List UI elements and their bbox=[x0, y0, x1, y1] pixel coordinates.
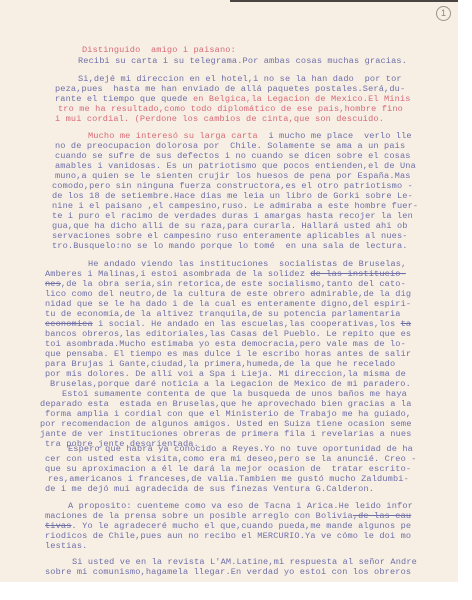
text-line: deparado esta estada en Bruselas,que he … bbox=[40, 399, 412, 409]
typed-text: no de preocupacion dolorosa por Chile. S… bbox=[55, 141, 405, 151]
typed-text: Mucho me interesó su larga carta bbox=[88, 131, 258, 141]
typed-text: nine i el paisano ,el campesino,ruso. Le… bbox=[52, 201, 418, 211]
struck-text: economica bbox=[45, 319, 93, 329]
text-line: Si,dejé mi direccion en el hotel,i no se… bbox=[78, 74, 402, 84]
text-line: economica i social. He andado en las esc… bbox=[45, 319, 411, 329]
typed-text: i mucho me place verlo lle bbox=[258, 131, 412, 141]
text-line: peza,pues hasta me han enviado de allá p… bbox=[55, 84, 405, 94]
typed-text: que pensaba. El tiempo es mas dulce i le… bbox=[45, 349, 411, 359]
typed-text: i social. He andado en las escuelas,las … bbox=[93, 319, 401, 329]
text-line: de los 18 de setiembre.Hace dias me leia… bbox=[52, 191, 413, 201]
typed-text: amables i vanidosas. Es un patriotismo q… bbox=[55, 161, 416, 171]
text-line: Espero que habrá ya conocido a Reyes.Yo … bbox=[68, 444, 413, 454]
typed-text: Bruselas,porque daré noticia a la Legaci… bbox=[50, 379, 411, 389]
text-line: tro.Busquelo:no se lo mando porque lo to… bbox=[52, 241, 408, 251]
typed-text: lestias. bbox=[45, 541, 87, 551]
text-line: lico como del neutro,de la cultura de es… bbox=[45, 289, 411, 299]
text-line: Recibi su carta i su telegrama.Por ambas… bbox=[78, 56, 407, 66]
typed-text: de i me dejó mui agradecida de sus finez… bbox=[45, 484, 374, 494]
typed-text: jante de ver instituciones obreras de pr… bbox=[40, 429, 412, 439]
typed-text: para Brujas i Gante,ciudad,la primera,hu… bbox=[45, 359, 395, 369]
text-line: nes,de la obra seria,sin retorica,de est… bbox=[45, 279, 406, 289]
text-line: sobre mi comunismo,hagamela llegar.En ve… bbox=[45, 567, 411, 577]
text-line: tivas. Yo le agradeceré mucho el que,cua… bbox=[45, 521, 411, 531]
typed-text: por mis dolores. De allí voi a Spa i Lie… bbox=[45, 369, 406, 379]
typed-text: gua,que ha dicho alli de su raza,para cu… bbox=[52, 221, 408, 231]
text-line: no de preocupacion dolorosa por Chile. S… bbox=[55, 141, 405, 151]
text-line: de i me dejó mui agradecida de sus finez… bbox=[45, 484, 374, 494]
typed-text: peza,pues hasta me han enviado de allá p… bbox=[55, 84, 405, 94]
text-line: Amberes i Malinas,i estoi asombrada de l… bbox=[45, 269, 406, 279]
text-line: te i puro el racimo de verdades duras i … bbox=[52, 211, 413, 221]
typed-text: tro.Busquelo:no se lo mando porque lo to… bbox=[52, 241, 408, 251]
text-line: cer con usted esta visita,como era mi de… bbox=[45, 454, 417, 464]
text-line: Distinguido amigo i paisano: bbox=[82, 45, 236, 55]
typed-text: bancos obreros,las editoriales,las Casas… bbox=[45, 329, 411, 339]
letter-page: 1 Distinguido amigo i paisano:Recibi su … bbox=[0, 0, 458, 582]
typed-text: Distinguido amigo i paisano: bbox=[82, 45, 236, 55]
text-line: lestias. bbox=[45, 541, 87, 551]
text-line: i mui cordial. (Perdone los cambios de c… bbox=[55, 114, 384, 124]
text-line: gua,que ha dicho alli de su raza,para cu… bbox=[52, 221, 408, 231]
text-line: res,americanos i franceses,de valia.Tamb… bbox=[48, 474, 409, 484]
typed-text: Amberes i Malinas,i estoi asombrada de l… bbox=[45, 269, 310, 279]
typed-text: cer con usted esta visita,como era mi de… bbox=[45, 454, 417, 464]
typed-text: maciones de la prensa sobre un posible a… bbox=[45, 511, 353, 521]
text-line: He andado viendo las instituciones socia… bbox=[88, 259, 406, 269]
struck-text: de las institucio- bbox=[310, 269, 406, 279]
text-line: para Brujas i Gante,ciudad,la primera,hu… bbox=[45, 359, 395, 369]
text-line: servaciones sobre el campesino ruso ente… bbox=[52, 231, 408, 241]
typed-text: en Belgica,la Legacion de Mexico.El Mini… bbox=[193, 94, 411, 104]
text-line: amables i vanidosas. Es un patriotismo q… bbox=[55, 161, 416, 171]
typed-text: rante el tiempo que quede bbox=[55, 94, 193, 104]
typed-text: te i puro el racimo de verdades duras i … bbox=[52, 211, 413, 221]
typed-text: i mui cordial. (Perdone los cambios de c… bbox=[55, 114, 384, 124]
typed-text: ,de la obra seria,sin retorica,de este s… bbox=[61, 279, 406, 289]
typed-text: forma amplia i cordial con que el Minist… bbox=[45, 409, 411, 419]
typed-text: que su aproximacion a él le dará la mejo… bbox=[45, 464, 411, 474]
text-line: nine i el paisano ,el campesino,ruso. Le… bbox=[52, 201, 418, 211]
typed-text: comodo,pero sin ninguna fuerza construct… bbox=[52, 181, 413, 191]
scan-edge bbox=[230, 0, 458, 2]
typed-text: muno,a quien se le sienten crujir los hu… bbox=[55, 171, 411, 181]
text-line: nidad que se le ha dado i de la cual es … bbox=[45, 299, 411, 309]
text-line: forma amplia i cordial con que el Minist… bbox=[45, 409, 411, 419]
typed-text: por recomendacion de algunos amigos. Ust… bbox=[40, 419, 412, 429]
typed-text: He andado viendo las instituciones socia… bbox=[88, 259, 406, 269]
text-line: toi asombrada.Mucho estimaba yo esta dem… bbox=[45, 339, 406, 349]
text-line: riodicos de Chile,pues aun no recibo el … bbox=[45, 531, 411, 541]
typed-text: toi asombrada.Mucho estimaba yo esta dem… bbox=[45, 339, 406, 349]
typed-text: Espero que habrá ya conocido a Reyes.Yo … bbox=[68, 444, 413, 454]
typed-text: lico como del neutro,de la cultura de es… bbox=[45, 289, 411, 299]
typed-text: riodicos de Chile,pues aun no recibo el … bbox=[45, 531, 411, 541]
text-line: cuando se sufre de sus defectos i no cua… bbox=[55, 151, 411, 161]
text-line: bancos obreros,las editoriales,las Casas… bbox=[45, 329, 411, 339]
text-line: jante de ver instituciones obreras de pr… bbox=[40, 429, 412, 439]
typed-text: tro me ha resultado,como todo diplomátic… bbox=[58, 104, 403, 114]
text-line: muno,a quien se le sienten crujir los hu… bbox=[55, 171, 411, 181]
text-line: tu de economía,de la altivez tranquila,d… bbox=[45, 309, 401, 319]
page-number-badge: 1 bbox=[436, 6, 451, 21]
text-line: Mucho me interesó su larga carta i mucho… bbox=[88, 131, 412, 141]
typed-text: A proposito: cuenteme como va eso de Tac… bbox=[68, 501, 413, 511]
text-line: Bruselas,porque daré noticia a la Legaci… bbox=[50, 379, 411, 389]
typed-text: Si usted ve en la revista L'AM.Latine,mi… bbox=[72, 557, 417, 567]
typed-text: cuando se sufre de sus defectos i no cua… bbox=[55, 151, 411, 161]
text-line: Estoi sumamente contenta de que la busqu… bbox=[62, 389, 407, 399]
text-line: comodo,pero sin ninguna fuerza construct… bbox=[52, 181, 413, 191]
struck-text: tivas bbox=[45, 521, 72, 531]
struck-text: ta bbox=[401, 319, 412, 329]
text-line: por mis dolores. De allí voi a Spa i Lie… bbox=[45, 369, 406, 379]
typed-text: tu de economía,de la altivez tranquila,d… bbox=[45, 309, 401, 319]
text-line: maciones de la prensa sobre un posible a… bbox=[45, 511, 411, 521]
typed-text: servaciones sobre el campesino ruso ente… bbox=[52, 231, 408, 241]
typed-text: de los 18 de setiembre.Hace dias me leia… bbox=[52, 191, 413, 201]
typed-text: deparado esta estada en Bruselas,que he … bbox=[40, 399, 412, 409]
text-line: por recomendacion de algunos amigos. Ust… bbox=[40, 419, 412, 429]
text-line: tro me ha resultado,como todo diplomátic… bbox=[58, 104, 403, 114]
typed-text: nidad que se le ha dado i de la cual es … bbox=[45, 299, 411, 309]
text-line: A proposito: cuenteme como va eso de Tac… bbox=[68, 501, 413, 511]
typed-text: . Yo le agradeceré mucho el que,cuando p… bbox=[72, 521, 412, 531]
typed-text: Si,dejé mi direccion en el hotel,i no se… bbox=[78, 74, 402, 84]
text-line: Si usted ve en la revista L'AM.Latine,mi… bbox=[72, 557, 417, 567]
struck-text: nes bbox=[45, 279, 61, 289]
typed-text: sobre mi comunismo,hagamela llegar.En ve… bbox=[45, 567, 411, 577]
typed-text: Estoi sumamente contenta de que la busqu… bbox=[62, 389, 407, 399]
struck-text: ,de las cau bbox=[353, 511, 411, 521]
typed-text: Recibi su carta i su telegrama.Por ambas… bbox=[78, 56, 407, 66]
text-line: rante el tiempo que quede en Belgica,la … bbox=[55, 94, 411, 104]
text-line: que pensaba. El tiempo es mas dulce i le… bbox=[45, 349, 411, 359]
typed-text: res,americanos i franceses,de valia.Tamb… bbox=[48, 474, 409, 484]
text-line: que su aproximacion a él le dará la mejo… bbox=[45, 464, 411, 474]
